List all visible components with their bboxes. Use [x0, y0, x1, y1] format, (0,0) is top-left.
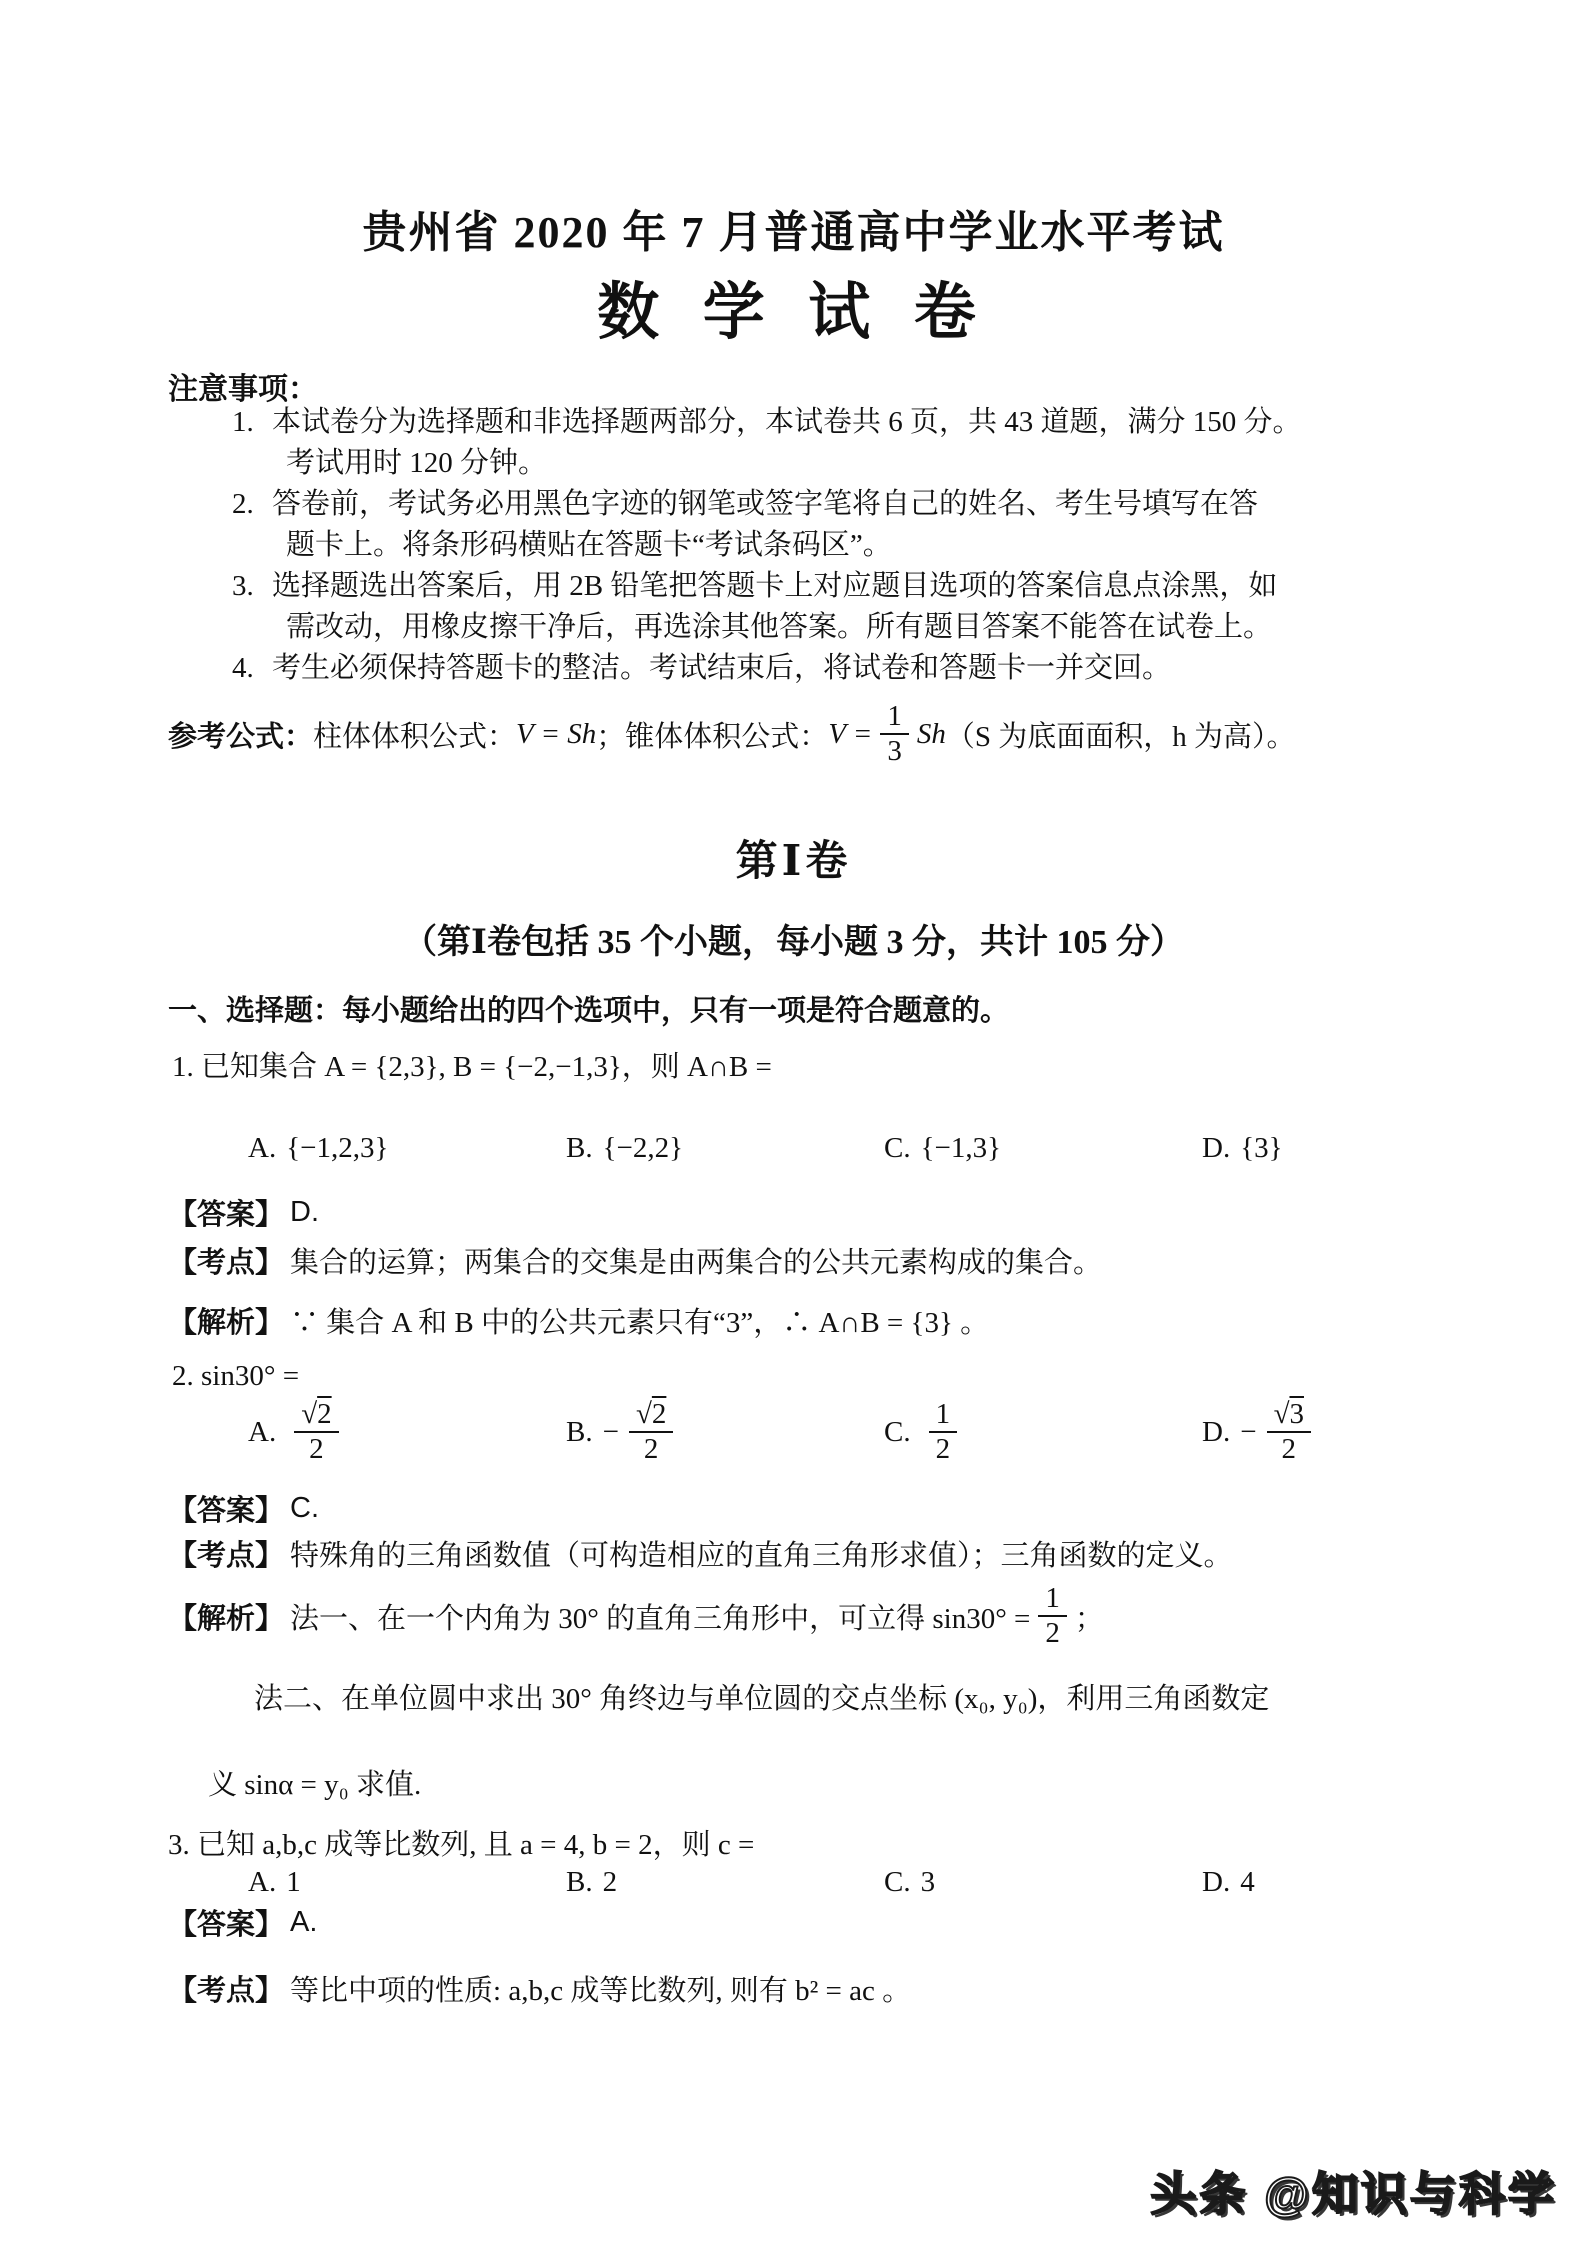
answer-value: A. [290, 1906, 317, 1939]
one-third-fraction: 1 3 [880, 700, 909, 769]
option-a: A. √2 2 [248, 1398, 566, 1467]
option-value: {−1,2,3} [286, 1132, 388, 1165]
question-3-stem: 3. 已知 a,b,c 成等比数列, 且 a = 4, b = 2，则 c = [168, 1822, 754, 1863]
notice-text-line: 考试用时 120 分钟。 [286, 443, 1472, 484]
question-1-options: A. {−1,2,3} B. {−2,2} C. {−1,3} D. {3} [248, 1132, 1520, 1165]
option-fraction: √2 2 [294, 1398, 338, 1467]
option-label: A. [248, 1416, 276, 1449]
option-fraction: √3 2 [1267, 1398, 1311, 1467]
notice-text-line: 考生必须保持答题卡的整洁。考试结束后，将试卷和答题卡一并交回。 [272, 648, 1472, 689]
option-c: C. 1 2 [884, 1398, 1202, 1467]
cone-formula-label: ；锥体体积公式： [596, 714, 828, 755]
question-2-options: A. √2 2 B. − √2 2 C. 1 2 D. − √3 [248, 1398, 1520, 1467]
option-value: 1 [286, 1866, 301, 1899]
notices-list: 1. 本试卷分为选择题和非选择题两部分，本试卷共 6 页，共 43 道题，满分 … [232, 402, 1472, 689]
option-d: D. − √3 2 [1202, 1398, 1520, 1467]
cylinder-formula-label: 柱体体积公式： [313, 714, 516, 755]
option-fraction: √2 2 [629, 1398, 673, 1467]
fraction-denominator: 2 [1038, 1617, 1067, 1650]
option-label: B. [566, 1132, 593, 1165]
part1-subtitle: （第Ⅰ卷包括 35 个小题，每小题 3 分，共计 105 分） [0, 914, 1587, 963]
answer-label: 【答案】 [168, 1902, 284, 1943]
question-2-answer: 【答案】 C. [168, 1488, 319, 1529]
concept-text: 特殊角的三角函数值（可构造相应的直角三角形求值）；三角函数的定义。 [290, 1533, 1233, 1574]
cone-formula-lhs: V = [828, 718, 872, 751]
question-1-stem: 1. 已知集合 A = {2,3}, B = {−2,−1,3}，则 A∩B = [172, 1044, 772, 1085]
fraction-numerator: 1 [1038, 1582, 1067, 1617]
fraction-denominator: 2 [929, 1433, 958, 1466]
formula-note: （S 为底面面积，h 为高）。 [946, 714, 1296, 755]
question-3-concept: 【考点】 等比中项的性质: a,b,c 成等比数列, 则有 b² = ac 。 [168, 1968, 911, 2009]
minus-sign: − [1240, 1416, 1256, 1449]
notice-number: 1. [232, 402, 254, 443]
concept-text: 集合的运算；两集合的交集是由两集合的公共元素构成的集合。 [290, 1240, 1102, 1281]
notice-text-line: 答卷前，考试务必用黑色字迹的钢笔或签字笔将自己的姓名、考生号填写在答 [272, 484, 1472, 525]
option-label: C. [884, 1416, 911, 1449]
option-value: {−1,3} [921, 1132, 1001, 1165]
notice-item-3: 3. 选择题选出答案后，用 2B 铅笔把答题卡上对应题目选项的答案信息点涂黑，如… [232, 566, 1472, 648]
concept-label: 【考点】 [168, 1968, 284, 2009]
option-label: A. [248, 1866, 276, 1899]
concept-text: 等比中项的性质: a,b,c 成等比数列, 则有 b² = ac 。 [290, 1968, 911, 2009]
notice-text-line: 选择题选出答案后，用 2B 铅笔把答题卡上对应题目选项的答案信息点涂黑，如 [272, 566, 1472, 607]
radical-icon: √ [1274, 1398, 1290, 1430]
option-d: D. {3} [1202, 1132, 1520, 1165]
question-3-answer: 【答案】 A. [168, 1902, 317, 1943]
fraction-numerator: √2 [629, 1398, 673, 1433]
option-label: B. [566, 1866, 593, 1899]
fraction-denominator: 2 [302, 1433, 331, 1466]
fraction-numerator: √2 [294, 1398, 338, 1433]
answer-label: 【答案】 [168, 1488, 284, 1529]
exam-paper-page: 贵州省 2020 年 7 月普通高中学业水平考试 数 学 试 卷 注意事项： 1… [0, 0, 1587, 2245]
section-instruction: 一、选择题：每小题给出的四个选项中，只有一项是符合题意的。 [168, 988, 1009, 1029]
option-label: D. [1202, 1416, 1230, 1449]
question-1-concept: 【考点】 集合的运算；两集合的交集是由两集合的公共元素构成的集合。 [168, 1240, 1102, 1281]
option-label: C. [884, 1132, 911, 1165]
question-2-analysis-line2: 法二、在单位圆中求出 30° 角终边与单位圆的交点坐标 (x₀, y₀)，利用三… [254, 1676, 1269, 1717]
option-value: {−2,2} [603, 1132, 683, 1165]
option-b: B. 2 [566, 1866, 884, 1899]
notice-number: 2. [232, 484, 254, 525]
option-b: B. {−2,2} [566, 1132, 884, 1165]
analysis-punctuation: ； [1075, 1596, 1104, 1637]
radical-icon: √ [636, 1398, 652, 1430]
reference-formula-label: 参考公式： [168, 714, 313, 755]
option-a: A. 1 [248, 1866, 566, 1899]
minus-sign: − [603, 1416, 619, 1449]
answer-label: 【答案】 [168, 1192, 284, 1233]
option-c: C. 3 [884, 1866, 1202, 1899]
analysis-text: 法一、在一个内角为 30° 的直角三角形中，可立得 sin30° = [290, 1596, 1030, 1637]
radicand: 2 [317, 1398, 332, 1430]
question-2-concept: 【考点】 特殊角的三角函数值（可构造相应的直角三角形求值）；三角函数的定义。 [168, 1533, 1233, 1574]
notice-item-2: 2. 答卷前，考试务必用黑色字迹的钢笔或签字笔将自己的姓名、考生号填写在答 题卡… [232, 484, 1472, 566]
cylinder-formula: V = Sh [516, 718, 596, 751]
option-d: D. 4 [1202, 1866, 1520, 1899]
question-2-stem: 2. sin30° = [172, 1360, 299, 1393]
notice-item-1: 1. 本试卷分为选择题和非选择题两部分，本试卷共 6 页，共 43 道题，满分 … [232, 402, 1472, 484]
notice-text-line: 本试卷分为选择题和非选择题两部分，本试卷共 6 页，共 43 道题，满分 150… [272, 402, 1472, 443]
question-2-analysis-line1: 【解析】 法一、在一个内角为 30° 的直角三角形中，可立得 sin30° = … [168, 1582, 1104, 1651]
one-half-fraction: 1 2 [1038, 1582, 1067, 1651]
option-value: 3 [921, 1866, 936, 1899]
question-3-options: A. 1 B. 2 C. 3 D. 4 [248, 1866, 1520, 1899]
concept-label: 【考点】 [168, 1533, 284, 1574]
option-b: B. − √2 2 [566, 1398, 884, 1467]
radicand: 2 [652, 1398, 667, 1430]
fraction-denominator: 3 [880, 735, 909, 768]
answer-value: C. [290, 1492, 319, 1525]
question-1-answer: 【答案】 D. [168, 1192, 319, 1233]
analysis-label: 【解析】 [168, 1300, 284, 1341]
cone-formula-sh: Sh [917, 718, 946, 751]
part1-title: 第Ⅰ卷 [0, 828, 1587, 888]
notice-text-line: 题卡上。将条形码横贴在答题卡“考试条码区”。 [286, 525, 1472, 566]
fraction-numerator: √3 [1267, 1398, 1311, 1433]
fraction-denominator: 2 [637, 1433, 666, 1466]
option-label: A. [248, 1132, 276, 1165]
fraction-denominator: 2 [1275, 1433, 1304, 1466]
reference-formula-line: 参考公式： 柱体体积公式： V = Sh ；锥体体积公式： V = 1 3 Sh… [168, 700, 1295, 769]
option-label: C. [884, 1866, 911, 1899]
watermark: 头条 @知识与科学 [1150, 2158, 1557, 2224]
radicand: 3 [1289, 1398, 1304, 1430]
notice-number: 3. [232, 566, 254, 607]
notice-item-4: 4. 考生必须保持答题卡的整洁。考试结束后，将试卷和答题卡一并交回。 [232, 648, 1472, 689]
question-1-analysis: 【解析】 ∵ 集合 A 和 B 中的公共元素只有“3”，∴ A∩B = {3} … [168, 1300, 989, 1341]
fraction-numerator: 1 [929, 1398, 958, 1433]
page-title: 贵州省 2020 年 7 月普通高中学业水平考试 [0, 196, 1587, 260]
question-2-analysis-line3: 义 sinα = y₀ 求值. [208, 1762, 421, 1803]
notice-number: 4. [232, 648, 254, 689]
fraction-numerator: 1 [880, 700, 909, 735]
option-fraction: 1 2 [929, 1398, 958, 1467]
option-a: A. {−1,2,3} [248, 1132, 566, 1165]
option-label: D. [1202, 1132, 1230, 1165]
notice-text-line: 需改动，用橡皮擦干净后，再选涂其他答案。所有题目答案不能答在试卷上。 [286, 607, 1472, 648]
radical-icon: √ [301, 1398, 317, 1430]
option-label: B. [566, 1416, 593, 1449]
analysis-label: 【解析】 [168, 1596, 284, 1637]
option-value: 2 [603, 1866, 618, 1899]
option-value: {3} [1240, 1132, 1282, 1165]
analysis-text: ∵ 集合 A 和 B 中的公共元素只有“3”，∴ A∩B = {3} 。 [290, 1300, 989, 1341]
answer-value: D. [290, 1196, 319, 1229]
option-label: D. [1202, 1866, 1230, 1899]
option-c: C. {−1,3} [884, 1132, 1202, 1165]
paper-subtitle: 数 学 试 卷 [0, 262, 1587, 351]
option-value: 4 [1240, 1866, 1255, 1899]
concept-label: 【考点】 [168, 1240, 284, 1281]
